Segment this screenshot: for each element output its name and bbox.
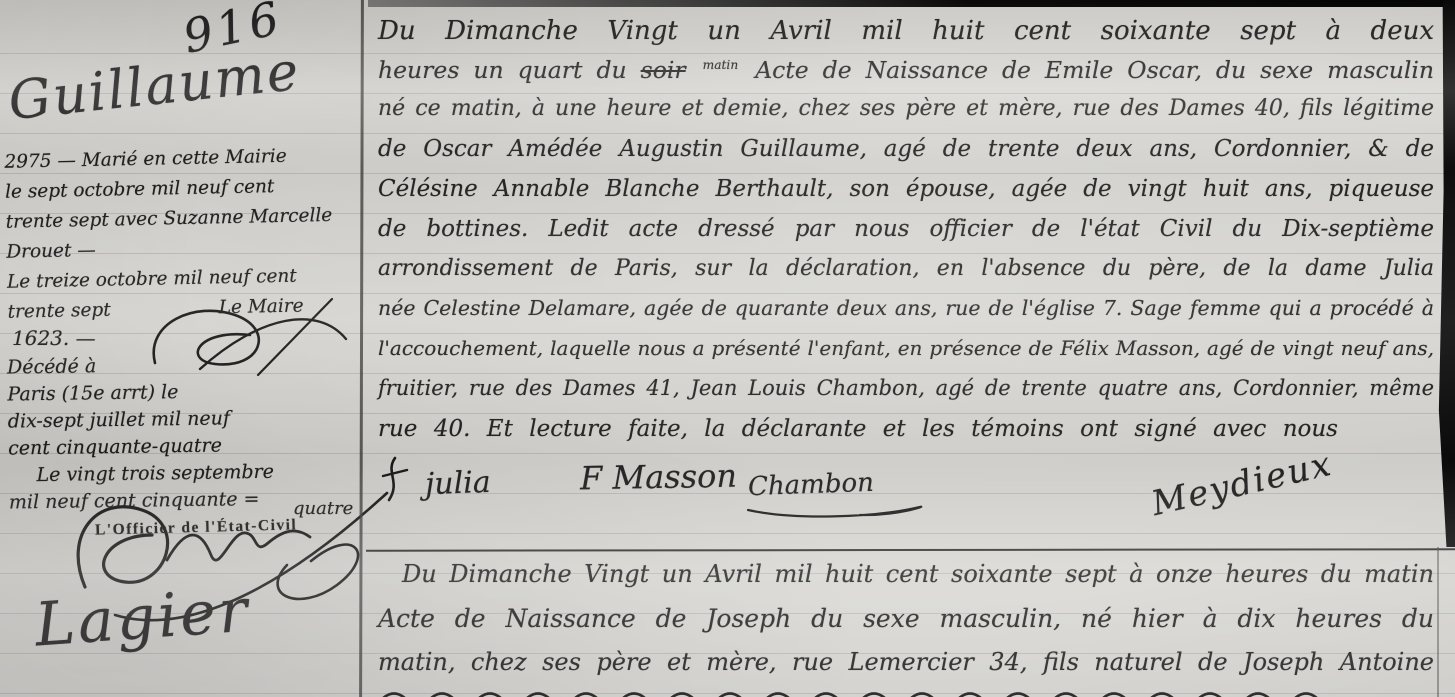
- act1-line-6: de bottines. Ledit acte dressé par nous …: [378, 216, 1434, 242]
- act1-line-2-superscript-correction: matin: [703, 58, 739, 72]
- act1-line-2: heures un quart du soir matin Acte de Na…: [378, 56, 1434, 84]
- page-right-edge-line: [1437, 547, 1439, 697]
- act2-line-3: matin, chez ses père et mère, rue Lemerc…: [378, 648, 1434, 676]
- act1-line-2-before: heures un quart du: [378, 56, 627, 84]
- witness-2-flourish-icon: [748, 504, 928, 522]
- signature-official: Meydieux: [1148, 444, 1336, 524]
- act1-line-11: rue 40. Et lecture faite, la déclarante …: [378, 416, 1338, 442]
- act2-line-2: Acte de Naissance de Joseph du sexe masc…: [378, 604, 1434, 633]
- act1-line-5: Célésine Annable Blanche Berthault, son …: [378, 176, 1434, 202]
- scan-right-edge-shadow: [1436, 0, 1455, 547]
- act2-partial-line-4-icon: [382, 688, 1392, 697]
- signature-witness-2: Chambon: [748, 468, 875, 502]
- acts-divider-rule: [366, 548, 1455, 552]
- act1-line-8: née Celestine Delamare, agée de quarante…: [378, 296, 1434, 320]
- act2-line-1: Du Dimanche Vingt un Avril mil huit cent…: [378, 560, 1434, 588]
- scan-top-edge-shadow: [368, 0, 1455, 7]
- signature-declarant: julia: [424, 465, 491, 502]
- act1-line-2-after: Acte de Naissance de Emile Oscar, du sex…: [755, 56, 1434, 84]
- marriage-note-date-fragment: trente sept: [7, 296, 111, 328]
- act1-line-3: né ce matin, à une heure et demie, chez …: [378, 96, 1434, 121]
- act1-line-1: Du Dimanche Vingt un Avril mil huit cent…: [378, 16, 1434, 46]
- registrar-signature: Lagier: [33, 576, 253, 661]
- declarant-paraph-icon: [381, 456, 411, 504]
- register-page-scan: 916 Guillaume 2975 — Marié en cette Mair…: [0, 0, 1455, 697]
- act1-line-10: fruitier, rue des Dames 41, Jean Louis C…: [378, 376, 1434, 400]
- margin-ref-number: 1623. —: [12, 326, 96, 350]
- act1-line-4: de Oscar Amédée Augustin Guillaume, agé …: [378, 136, 1434, 162]
- act1-line-9: l'accouchement, laquelle nous a présenté…: [378, 336, 1434, 360]
- margin-surname: Guillaume: [6, 41, 303, 132]
- act1-line-2-struck-word: soir: [641, 56, 686, 84]
- signature-witness-1: F Masson: [580, 457, 738, 498]
- act1-line-7: arrondissement de Paris, sur la déclarat…: [378, 256, 1434, 281]
